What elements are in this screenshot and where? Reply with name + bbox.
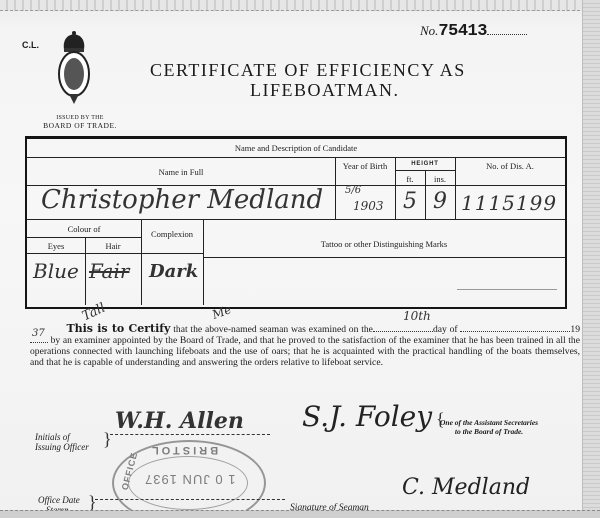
number-value: 75413 [438, 22, 487, 41]
exam-year: 37 [32, 328, 45, 339]
certify-text-4: by an examiner appointed by the Board of… [30, 335, 580, 368]
bristol-office-stamp: BRISTOL 1 0 JUN 1937 OFFICE [112, 440, 266, 518]
section-header: Name and Description of Candidate [27, 143, 565, 153]
stamp-city: BRISTOL [149, 444, 218, 456]
issuing-officer-label-2: Issuing Officer [35, 442, 89, 452]
header-ft: ft. [395, 174, 425, 184]
header-name: Name in Full [27, 167, 335, 177]
title-line-2: LIFEBOATMAN. [250, 80, 400, 101]
certify-text-2: day of [433, 324, 458, 335]
header-complexion: Complexion [141, 229, 203, 239]
value-birth-date: 5/6 [345, 185, 361, 196]
header-hair: Hair [85, 241, 141, 251]
office-stamp-label-1: Office Date [38, 495, 80, 505]
value-dis-a: 1115199 [461, 191, 557, 215]
issuer-block: ISSUED BY THE BOARD OF TRADE. [35, 115, 125, 129]
paper-bottom-edge [0, 510, 600, 518]
value-name: Christopher Medland [41, 185, 323, 215]
header-year-of-birth: Year of Birth [335, 161, 395, 171]
header-colour-of: Colour of [27, 224, 141, 234]
header-ins: ins. [425, 174, 455, 184]
exam-day: 10th [403, 311, 431, 322]
candidate-table: Name and Description of Candidate Name i… [25, 136, 567, 309]
header-tattoo: Tattoo or other Distinguishing Marks [203, 239, 565, 249]
secretary-title-2: to the Board of Trade. [440, 427, 538, 436]
royal-crest-icon [52, 30, 96, 110]
value-height-ft: 5 [403, 189, 417, 214]
issuing-officer-label: Initials of Issuing Officer [35, 432, 89, 452]
certification-text: This is to Certify that the above-named … [30, 323, 580, 368]
certify-text-1: that the above-named seaman was examined… [173, 324, 373, 335]
secretary-signature: S.J. Foley [302, 400, 432, 433]
stamp-date: 1 0 JUN 1937 [144, 472, 236, 487]
value-complexion: Dark [149, 261, 198, 282]
issuing-officer-label-1: Initials of [35, 432, 89, 442]
number-prefix: No. [420, 23, 438, 38]
header-height: HEIGHT [395, 161, 455, 167]
header-dis-a: No. of Dis. A. [455, 161, 565, 171]
paper-right-edge [582, 0, 600, 518]
paper-top-edge [0, 0, 600, 11]
issuing-officer-signature: W.H. Allen [115, 408, 244, 434]
value-year-of-birth: 1903 [353, 199, 384, 213]
seaman-signature: C. Medland [402, 475, 530, 500]
secretary-title: One of the Assistant Secretaries to the … [440, 418, 538, 436]
certify-text-3: 19 [570, 324, 580, 335]
value-eyes: Blue [33, 259, 79, 283]
value-hair: Fair [89, 259, 129, 283]
certify-lead: This is to Certify [66, 322, 170, 335]
title-line-1: CERTIFICATE OF EFFICIENCY AS [150, 60, 466, 81]
header-eyes: Eyes [27, 241, 85, 251]
form-code: C.L. [22, 40, 39, 50]
value-height-ins: 9 [433, 189, 447, 214]
issuer-line-2: BOARD OF TRADE. [35, 122, 125, 129]
certificate-number: No.75413 [420, 22, 527, 41]
secretary-title-1: One of the Assistant Secretaries [440, 418, 538, 427]
